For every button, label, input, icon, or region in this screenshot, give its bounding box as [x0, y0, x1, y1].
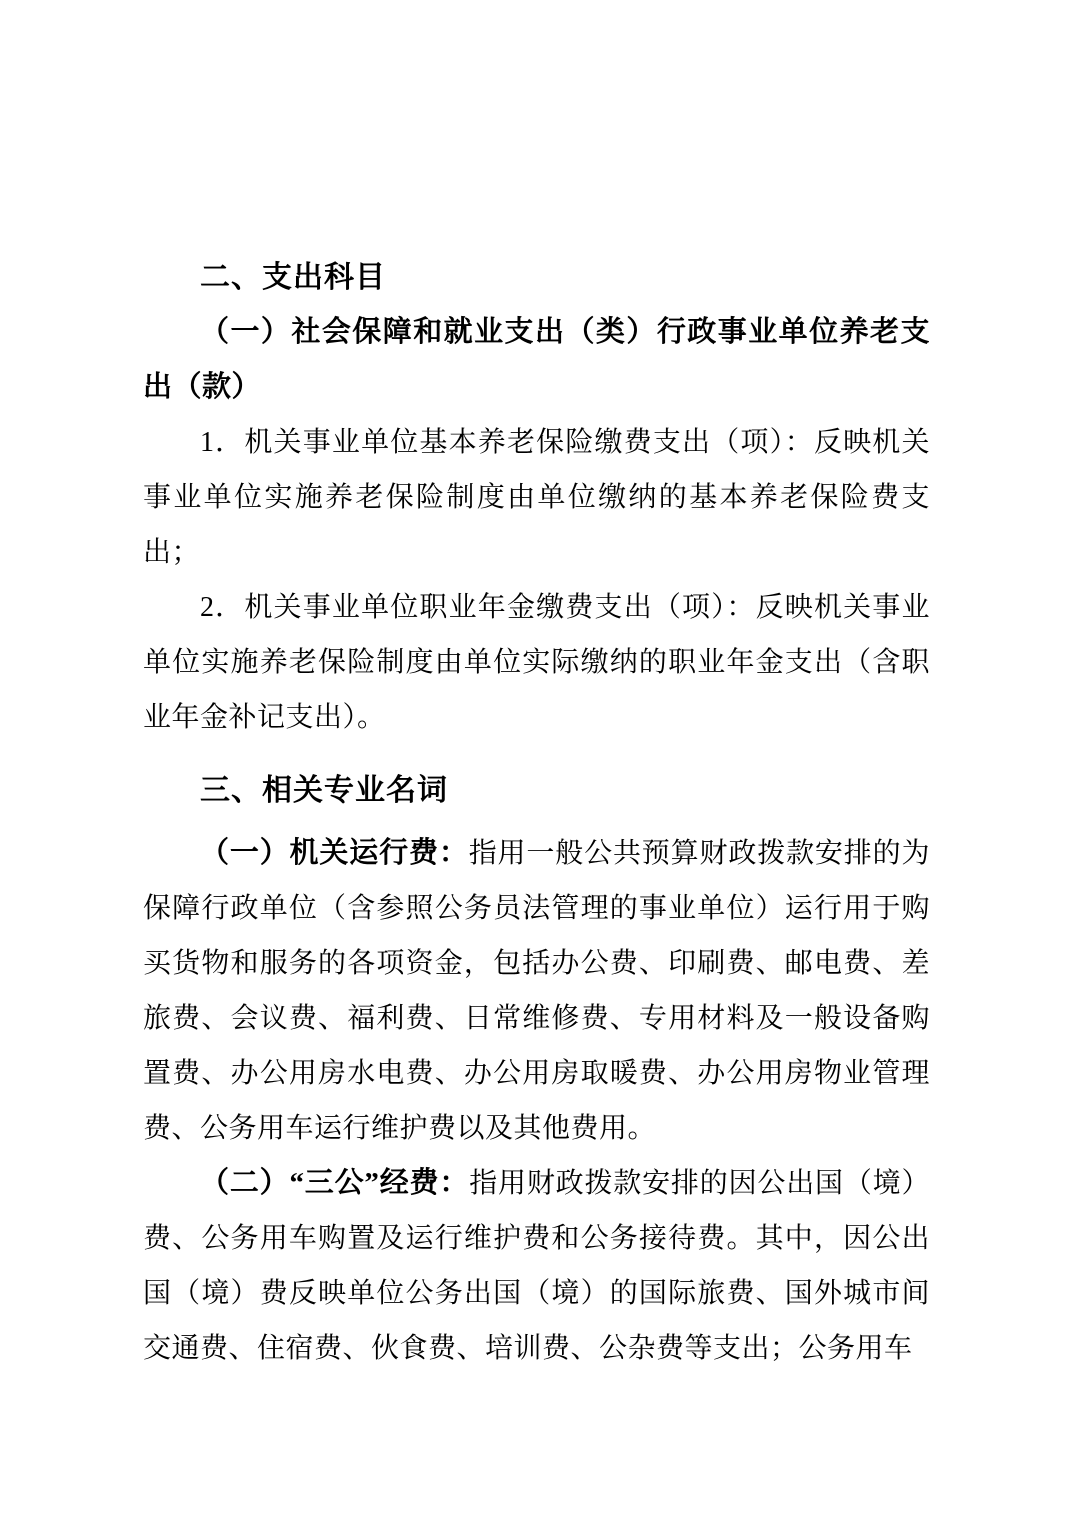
subheading-social-security-pension: （一）社会保障和就业支出（类）行政事业单位养老支出（款） [143, 305, 930, 415]
expenditure-item-1: 1．机关事业单位基本养老保险缴费支出（项）：反映机关事业单位实施养老保险制度由单… [143, 415, 930, 580]
term-paragraph-three-public-expenses: （二）“三公”经费：指用财政拨款安排的因公出国（境）费、公务用车购置及运行维护费… [143, 1156, 930, 1376]
section-heading-expenditure: 二、支出科目 [143, 250, 930, 305]
term-lead-agency-operating-cost: （一）机关运行费： [200, 837, 469, 869]
expenditure-item-2: 2．机关事业单位职业年金缴费支出（项）：反映机关事业单位实施养老保险制度由单位实… [143, 580, 930, 745]
term-lead-three-public-expenses: （二）“三公”经费： [200, 1167, 469, 1199]
document-content: 二、支出科目 （一）社会保障和就业支出（类）行政事业单位养老支出（款） 1．机关… [143, 250, 930, 1376]
document-page: 二、支出科目 （一）社会保障和就业支出（类）行政事业单位养老支出（款） 1．机关… [0, 0, 1074, 1520]
section-heading-terms: 三、相关专业名词 [143, 763, 930, 818]
term-paragraph-agency-operating-cost: （一）机关运行费：指用一般公共预算财政拨款安排的为保障行政单位（含参照公务员法管… [143, 826, 930, 1156]
term-body-agency-operating-cost: 指用一般公共预算财政拨款安排的为保障行政单位（含参照公务员法管理的事业单位）运行… [143, 838, 930, 1144]
